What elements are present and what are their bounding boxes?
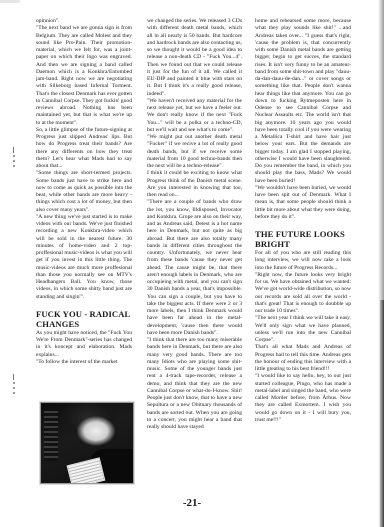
margin-mark	[13, 382, 15, 384]
page-edge-shadow-dark	[380, 300, 384, 527]
paragraph: For all of you who are still reading thi…	[255, 250, 351, 272]
margin-mark	[13, 147, 14, 153]
paragraph: "I would like to say hello, hey, to our …	[255, 373, 351, 424]
paragraph: "To follow the interest of the market	[36, 359, 132, 366]
paragraph: I think it could be exciting to know wha…	[147, 170, 242, 199]
column-1: opinnion". "The next band we are gonna s…	[36, 18, 132, 366]
paragraph: "I think that there are too many miserab…	[147, 337, 242, 431]
margin-mark	[13, 155, 15, 157]
margin-mark	[13, 392, 15, 394]
section-heading-radical-changes: FUCK YOU - RADICAL CHANGES	[36, 309, 132, 329]
paragraph: As you might have noticed, the "Fuck You…	[36, 330, 132, 359]
paragraph: "Some things are short-termed projects. …	[36, 170, 132, 214]
paragraph: "The next band we are gonna sign is from…	[36, 25, 132, 127]
paragraph: "We might put out another death metal "F…	[147, 134, 242, 170]
scan-smudge	[0, 0, 20, 3]
photo-background	[44, 411, 58, 461]
margin-mark	[13, 387, 15, 389]
paragraph: "The next year I think we will take it e…	[255, 315, 351, 344]
interview-photo	[40, 402, 134, 484]
margin-mark	[13, 160, 15, 162]
margin-mark	[13, 165, 15, 167]
column-3: home and rehearsed some more, because wh…	[255, 18, 351, 424]
paragraph: So, a little glimpse of the future-signi…	[36, 127, 132, 171]
margin-mark	[13, 374, 14, 380]
paragraph: we changed the series. We released 3 CDs…	[147, 18, 242, 98]
paragraph: That's all what Mads and Andreas of Prog…	[255, 344, 351, 373]
column-2: we changed the series. We released 3 CDs…	[147, 18, 242, 431]
paragraph: "There are a couple of bands who draw th…	[147, 199, 242, 337]
page-number: -21-	[177, 497, 207, 509]
paragraph: "Right now, the future looks very bright…	[255, 272, 351, 316]
section-heading-future-looks-bright: THE FUTURE LOOKS BRIGHT	[255, 229, 351, 249]
margin-marks-top	[12, 147, 15, 170]
photo-magazine	[67, 457, 106, 484]
paragraph: "A new thing we've just started is to ma…	[36, 214, 132, 301]
paragraph: "We haven't received any material for th…	[147, 98, 242, 134]
margin-marks-bottom	[12, 374, 15, 397]
paragraph: "We wouldn't have been buried, we would …	[255, 185, 351, 221]
paragraph: home and rehearsed some more, because wh…	[255, 18, 351, 185]
